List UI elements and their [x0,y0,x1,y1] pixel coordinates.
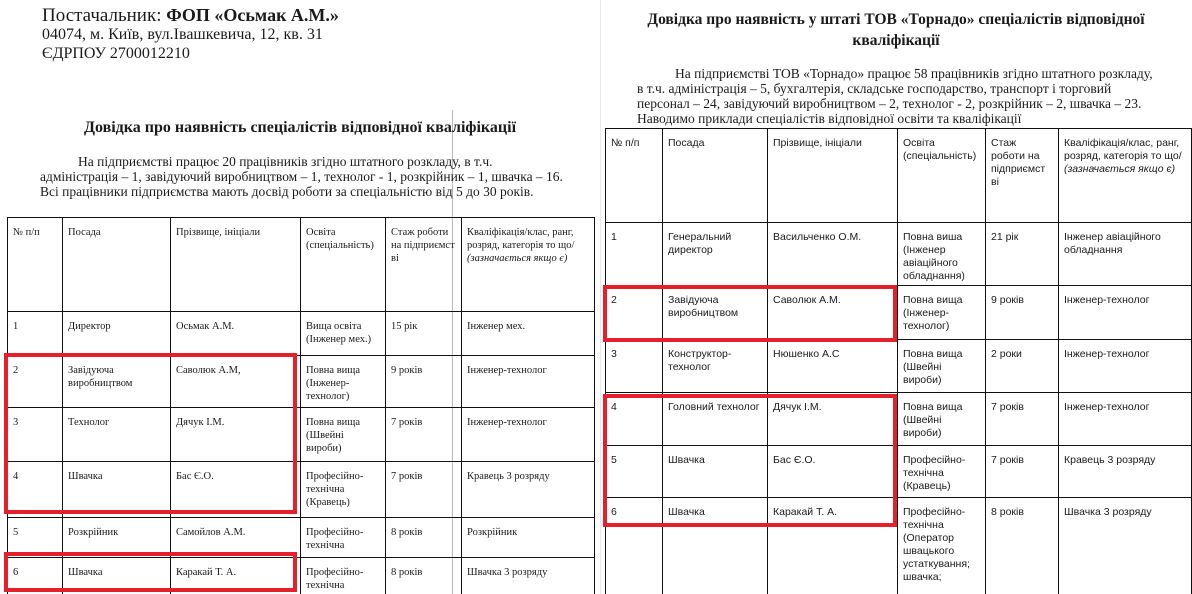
supplier-label: Постачальник: [42,5,161,26]
cell-education: Професійно-технічна (Оператор швацького … [898,498,986,594]
cell-position: Швачка [63,558,171,594]
cell-experience: 8 років [386,518,462,558]
table-row: 6 Швачка Каракай Т. А. Професійно-техніч… [8,558,595,594]
cell-experience: 7 років [986,446,1059,498]
cell-name: Дячук І.М. [171,408,301,462]
header-name: Прізвище, ініціали [171,218,301,312]
cell-qualification: Кравець 3 розряду [462,462,595,518]
header-education: Освіта (спеціальність) [898,129,986,223]
table-row: 3 Технолог Дячук І.М. Повна вища (Швейні… [8,408,595,462]
header-qualification: Кваліфікація/клас, ранг, розряд, категор… [1059,129,1192,223]
intro-line: Наводимо приклади спеціалістів відповідн… [637,111,1187,126]
header-qualification: Кваліфікація/клас, ранг, розряд, категор… [462,218,595,312]
cell-qualification: Інженер авіаційного обладнання [1059,223,1192,286]
cell-name: Саволюк А.М, [171,356,301,408]
table-row: 5 Швачка Бас Є.О. Професійно-технічна (К… [606,446,1192,498]
header-position: Посада [663,129,768,223]
cell-number: 6 [606,498,663,594]
right-intro-paragraph: На підприємстві ТОВ «Торнадо» працює 58 … [637,66,1187,126]
table-row: 4 Швачка Бас Є.О. Професійно-технічна (К… [8,462,595,518]
cell-name: Каракай Т. А. [171,558,301,594]
supplier-address: 04074, м. Київ, вул.Івашкевича, 12, кв. … [42,25,339,44]
cell-name: Дячук І.М. [768,393,898,446]
cell-number: 2 [8,356,63,408]
header-name: Прізвище, ініціали [768,129,898,223]
cell-education: Професійно-технічна [301,558,386,594]
cell-number: 6 [8,558,63,594]
cell-position: Директор [63,312,171,356]
cell-experience: 7 років [386,408,462,462]
cell-experience: 8 років [386,558,462,594]
cell-experience: 15 рік [386,312,462,356]
table-row: 1 Директор Осьмак А.М. Вища освіта (Інже… [8,312,595,356]
cell-experience: 2 роки [986,340,1059,393]
cell-position: Швачка [663,498,768,594]
cell-education: Повна вища (Швейні вироби) [898,393,986,446]
cell-number: 4 [8,462,63,518]
table-row: 1 Генеральний директор Васильченко О.М. … [606,223,1192,286]
cell-qualification: Швачка 3 розряду [462,558,595,594]
cell-qualification: Інженер мех. [462,312,595,356]
cell-experience: 7 років [386,462,462,518]
cell-education: Повна вища (Інженер-технолог) [301,356,386,408]
cell-qualification: Інженер-технолог [1059,286,1192,340]
header-qualification-note: (зазначається якщо є) [467,253,567,264]
intro-line: в т.ч. адміністрація – 5, бухгалтерія, с… [637,81,1187,96]
cell-experience: 21 рік [986,223,1059,286]
cell-number: 1 [8,312,63,356]
left-document-title: Довідка про наявність спеціалістів відпо… [0,119,600,137]
cell-position: Головний технолог [663,393,768,446]
cell-education: Професійно-технічна (Кравець) [898,446,986,498]
cell-experience: 8 років [986,498,1059,594]
left-intro-paragraph: На підприємстві працює 20 працівників зг… [40,154,590,199]
cell-experience: 9 років [986,286,1059,340]
cell-position: Генеральний директор [663,223,768,286]
supplier-name: ФОП «Осьмак А.М.» [166,5,339,25]
cell-qualification: Інженер-технолог [1059,340,1192,393]
cell-number: 4 [606,393,663,446]
cell-position: Швачка [663,446,768,498]
right-document: Довідка про наявність у штаті ТОВ «Торна… [600,0,1192,594]
intro-line: На підприємстві ТОВ «Торнадо» працює 58 … [637,66,1187,81]
table-header-row: № п/п Посада Прізвище, ініціали Освіта (… [606,129,1192,223]
left-staff-table: № п/п Посада Прізвище, ініціали Освіта (… [7,217,595,594]
header-experience: Стаж роботи на підприємст ві [386,218,462,312]
right-staff-table: № п/п Посада Прізвище, ініціали Освіта (… [605,128,1192,594]
cell-experience: 9 років [386,356,462,408]
right-document-title: Довідка про наявність у штаті ТОВ «Торна… [610,9,1182,51]
cell-name: Бас Є.О. [171,462,301,518]
cell-number: 1 [606,223,663,286]
cell-name: Каракай Т. А. [768,498,898,594]
cell-name: Самойлов А.М. [171,518,301,558]
cell-education: Повна вища (Швейні вироби) [898,340,986,393]
cell-qualification: Інженер-технолог [462,408,595,462]
cell-name: Васильченко О.М. [768,223,898,286]
header-experience: Стаж роботи на підприємст ві [986,129,1059,223]
left-document: Постачальник: ФОП «Осьмак А.М.» 04074, м… [0,0,600,594]
cell-name: Осьмак А.М. [171,312,301,356]
cell-qualification: Кравець 3 розряду [1059,446,1192,498]
cell-name: Саволюк А.М. [768,286,898,340]
cell-experience: 7 років [986,393,1059,446]
cell-qualification: Швачка 3 розряду [1059,498,1192,594]
table-row: 5 Розкрійник Самойлов А.М. Професійно-те… [8,518,595,558]
header-position: Посада [63,218,171,312]
cell-name: Бас Є.О. [768,446,898,498]
header-qualification-text: Кваліфікація/клас, ранг, розряд, категор… [1064,137,1182,162]
cell-position: Завідуюча виробництвом [63,356,171,408]
supplier-edrpou: ЄДРПОУ 2700012210 [42,44,339,63]
cell-education: Професійно-технічна (Кравець) [301,462,386,518]
cell-position: Технолог [63,408,171,462]
cell-qualification: Інженер-технолог [1059,393,1192,446]
cell-qualification: Розкрійник [462,518,595,558]
header-qualification-text: Кваліфікація/клас, ранг, розряд, категор… [467,227,574,251]
cell-number: 2 [606,286,663,340]
cell-education: Повна вища (Швейні вироби) [301,408,386,462]
table-row: 3 Конструктор-технолог Нюшенко А.С Повна… [606,340,1192,393]
intro-line: адміністрація – 1, завідуючий виробництв… [40,169,590,184]
table-row: 2 Завідуюча виробництвом Саволюк А.М, По… [8,356,595,408]
table-row: 2 Завідуюча виробництвом Саволюк А.М. По… [606,286,1192,340]
table-row: 6 Швачка Каракай Т. А. Професійно-техніч… [606,498,1192,594]
cell-name: Нюшенко А.С [768,340,898,393]
cell-education: Професійно-технічна [301,518,386,558]
cell-position: Конструктор-технолог [663,340,768,393]
cell-education: Вища освіта (Інженер мех.) [301,312,386,356]
cell-position: Завідуюча виробництвом [663,286,768,340]
header-qualification-note: (зазначається якщо є) [1064,163,1175,175]
cell-number: 5 [606,446,663,498]
cell-number: 3 [8,408,63,462]
table-header-row: № п/п Посада Прізвище, ініціали Освіта (… [8,218,595,312]
cell-qualification: Інженер-технолог [462,356,595,408]
cell-number: 3 [606,340,663,393]
cell-position: Розкрійник [63,518,171,558]
header-number: № п/п [8,218,63,312]
cell-position: Швачка [63,462,171,518]
cell-education: Повна виша (Інженер авіаційного обладнан… [898,223,986,286]
intro-line: персонал – 24, завідуючий виробництвом –… [637,96,1187,111]
supplier-block: Постачальник: ФОП «Осьмак А.М.» 04074, м… [42,6,339,63]
intro-line: Всі працівники підприємства мають досвід… [40,184,590,199]
table-row: 4 Головний технолог Дячук І.М. Повна вищ… [606,393,1192,446]
header-number: № п/п [606,129,663,223]
intro-line: На підприємстві працює 20 працівників зг… [40,154,590,169]
cell-number: 5 [8,518,63,558]
header-education: Освіта (спеціальність) [301,218,386,312]
cell-education: Повна вища (Інженер-технолог) [898,286,986,340]
